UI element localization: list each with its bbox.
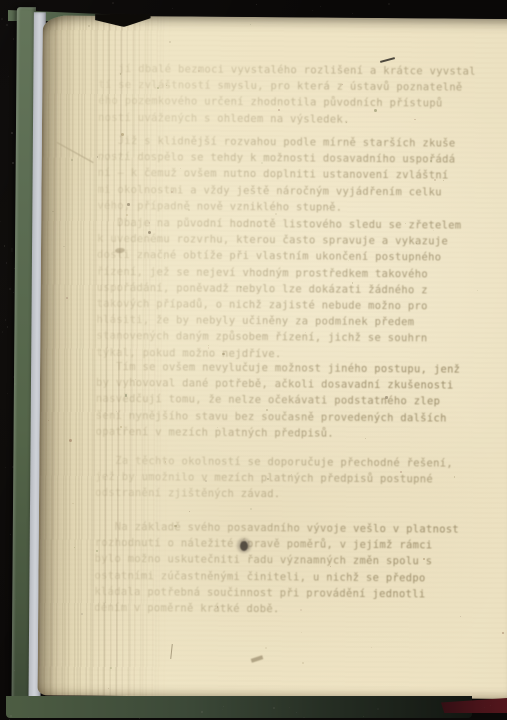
showthrough-paragraph: Za těchto okolností se doporučuje přecho… <box>95 453 503 505</box>
showthrough-text: jí dbalé bezmoci vyvstalého rozlišení a … <box>94 0 507 700</box>
showthrough-paragraph: Tím se ovšem nevylučuje možnost jiného p… <box>96 359 505 443</box>
showthrough-paragraph: Již s klidnější rozvahou podle mírně sta… <box>97 133 506 217</box>
showthrough-line: vého, případně nově vzniklého stupně. <box>97 198 505 217</box>
scanned-book-photo: jí dbalé bezmoci vyvstalého rozlišení a … <box>0 0 507 720</box>
showthrough-line: ností uvážených s ohledem na výsledek. <box>98 109 506 128</box>
showthrough-paragraph: Dbaje na původní hodnotě listového sledu… <box>96 215 505 364</box>
speck <box>139 718 140 719</box>
showthrough-line: děním v poměrně krátké době. <box>94 600 502 619</box>
showthrough-paragraph: jí dbalé bezmoci vyvstalého rozlišení a … <box>98 61 506 129</box>
open-book: jí dbalé bezmoci vyvstalého rozlišení a … <box>0 0 507 720</box>
showthrough-paragraph: Na základě svého posavadního vývoje vešl… <box>94 519 503 619</box>
book-cover-bottom-edge <box>6 696 472 718</box>
showthrough-line: opatření v mezích platných předpisů. <box>96 424 504 443</box>
showthrough-line: odstranění zjištěných závad. <box>95 485 503 504</box>
